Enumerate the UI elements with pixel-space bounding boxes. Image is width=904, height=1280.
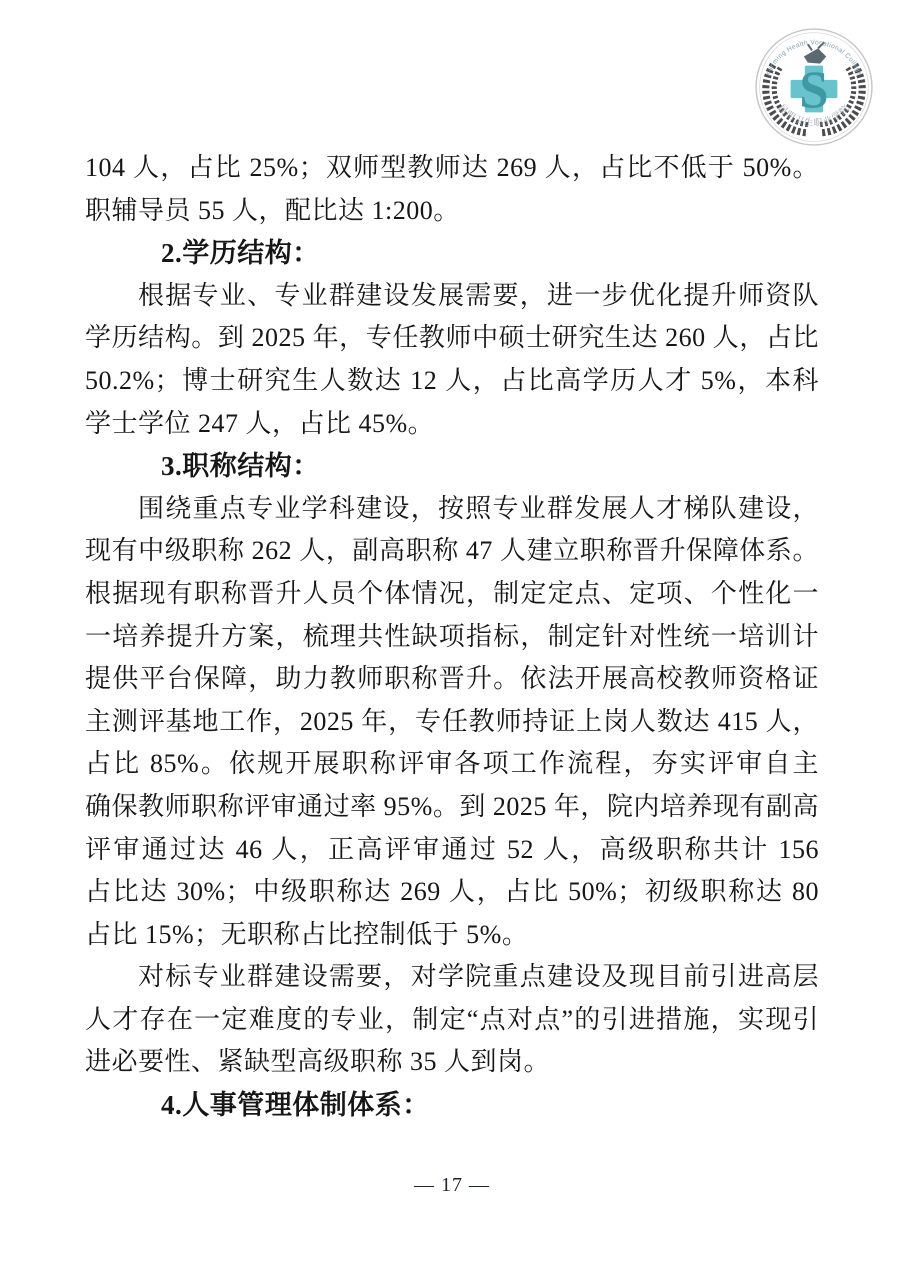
page-number: — 17 — — [0, 1174, 904, 1197]
college-seal-logo: S Kunming Health Vocational College 昆明卫生… — [753, 26, 875, 148]
text-line: 对标专业群建设需要，对学院重点建设及现目前引进高层次 — [85, 956, 819, 999]
text-line: 104 人，占比 25%；双师型教师达 269 人，占比不低于 50%。专 — [85, 147, 819, 190]
text-line: 根据现有职称晋升人员个体情况，制定定点、定项、个性化一对 — [85, 573, 819, 616]
text-line: 现有中级职称 262 人，副高职称 47 人建立职称晋升保障体系。 — [85, 530, 819, 573]
section-heading-2: 2.学历结构： — [85, 232, 819, 275]
text-line: 50.2%；博士研究生人数达 12 人，占比高学历人才 5%，本科且 — [85, 360, 819, 403]
text-line: 确保教师职称评审通过率 95%。到 2025 年，院内培养现有副高 — [85, 786, 819, 829]
text-line: 围绕重点专业学科建设，按照专业群发展人才梯队建设，对 — [85, 488, 819, 531]
text-line: 学历结构。到 2025 年，专任教师中硕士研究生达 260 人，占比 — [85, 317, 819, 360]
text-line: 根据专业、专业群建设发展需要，进一步优化提升师资队伍 — [85, 275, 819, 318]
text-line: 一培养提升方案，梳理共性缺项指标，制定针对性统一培训计划， — [85, 616, 819, 659]
section-heading-4: 4.人事管理体制体系： — [85, 1084, 819, 1127]
text-line: 占比 15%；无职称占比控制低于 5%。 — [85, 914, 819, 957]
text-line: 占比 85%。依规开展职称评审各项工作流程，夯实评审自主权， — [85, 743, 819, 786]
document-body: 104 人，占比 25%；双师型教师达 269 人，占比不低于 50%。专 职辅… — [85, 147, 819, 1127]
text-line: 学士学位 247 人，占比 45%。 — [85, 403, 819, 446]
text-line: 占比达 30%；中级职称达 269 人，占比 50%；初级职称达 80 人， — [85, 871, 819, 914]
text-line: 进必要性、紧缺型高级职称 35 人到岗。 — [85, 1041, 819, 1084]
svg-text:S: S — [799, 61, 828, 119]
text-line: 主测评基地工作，2025 年，专任教师持证上岗人数达 415 人， — [85, 701, 819, 744]
section-heading-3: 3.职称结构： — [85, 445, 819, 488]
text-line: 职辅导员 55 人，配比达 1:200。 — [85, 190, 819, 233]
text-line: 评审通过达 46 人，正高评审通过 52 人，高级职称共计 156 人， — [85, 829, 819, 872]
document-page: S Kunming Health Vocational College 昆明卫生… — [0, 0, 904, 1280]
text-line: 人才存在一定难度的专业，制定“点对点”的引进措施，实现引 — [85, 999, 819, 1042]
text-line: 提供平台保障，助力教师职称晋升。依法开展高校教师资格证自 — [85, 658, 819, 701]
